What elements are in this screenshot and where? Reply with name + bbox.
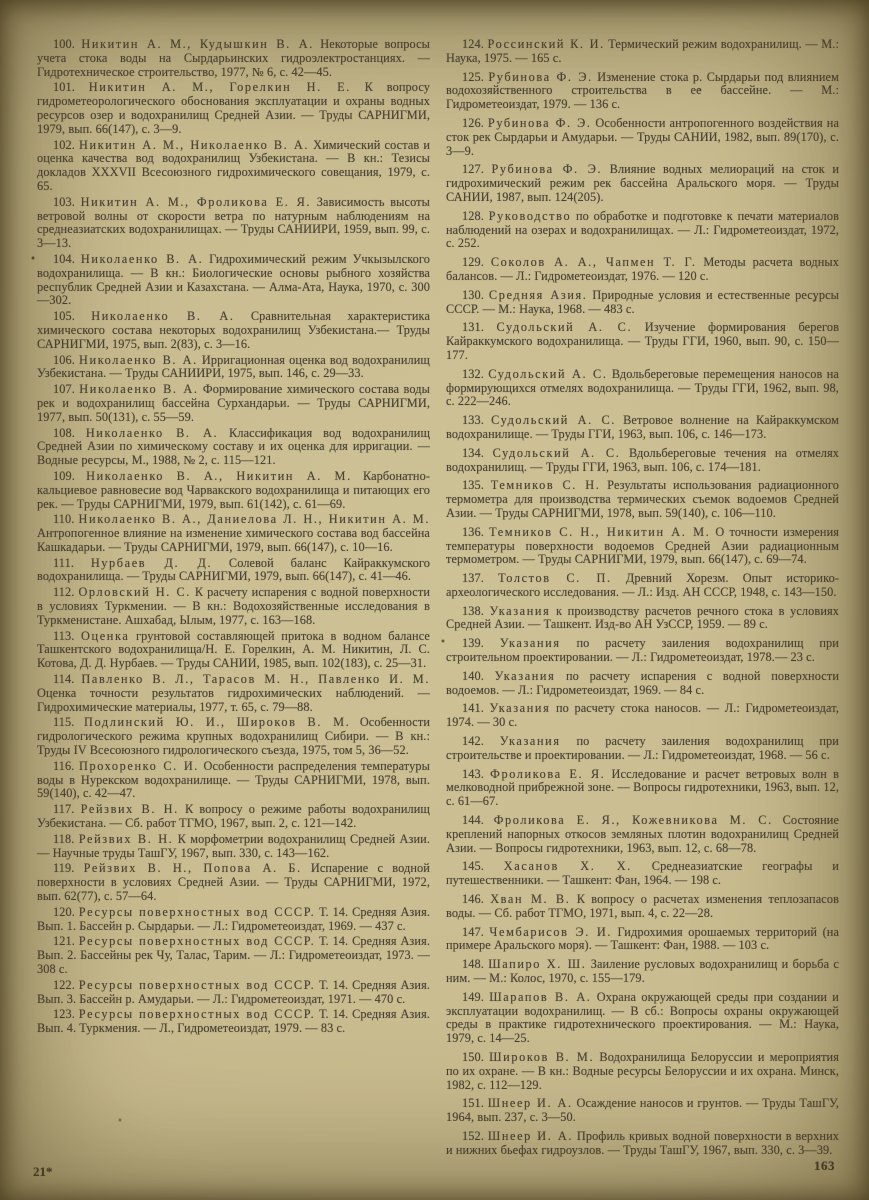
entry-author: Подлинский Ю. И., Широков В. М. [84, 715, 350, 729]
bib-entry: 114. Павленко В. Л., Тарасов М. Н., Павл… [37, 673, 430, 714]
entry-author: Соколов А. А., Чапмен Т. Г. [491, 255, 697, 269]
scanned-page: 100. Никитин А. М., Кудышкин В. А. Некот… [0, 0, 869, 1200]
entry-number: 115. [53, 715, 84, 729]
entry-author: Ресурсы поверхностных вод СССР. [79, 1007, 315, 1021]
bib-entry: 125. Рубинова Ф. Э. Изменение стока р. С… [446, 71, 839, 112]
entry-number: 140. [462, 669, 495, 683]
entry-author: Хасанов Х. Х. [504, 859, 632, 873]
bib-entry: 121. Ресурсы поверхностных вод СССР. Т. … [37, 935, 430, 976]
entry-number: 116. [53, 759, 79, 773]
bib-entry: 108. Николаенко В. А. Классификация вод … [37, 427, 430, 468]
entry-author: Судольский А. С. [488, 367, 607, 381]
entry-number: 117. [53, 802, 81, 816]
bib-entry: 152. Шнеер И. А. Профиль кривых водной п… [446, 1130, 839, 1158]
entry-author: Рейзвих В. Н. [79, 832, 174, 846]
left-column: 100. Никитин А. М., Кудышкин В. А. Некот… [37, 38, 430, 1142]
bib-entry: 135. Темников С. Н. Результаты использов… [446, 479, 839, 520]
entry-number: 152. [462, 1129, 488, 1143]
entry-number: 124. [462, 37, 487, 51]
entry-author: Никитин А. М., Горелкин Н. Е. [89, 80, 351, 94]
entry-author: Средняя Азия. [489, 288, 588, 302]
entry-author: Указания [495, 669, 556, 683]
entry-number: 119. [53, 861, 84, 875]
bib-entry: 103. Никитин А. М., Фроликова Е. Я. Зави… [37, 196, 430, 251]
entry-number: 150. [462, 1050, 489, 1064]
entry-number: 142. [462, 734, 500, 748]
bib-entry: 126. Рубинова Ф. Э. Особенности антропог… [446, 117, 839, 158]
entry-number: 126. [462, 116, 488, 130]
entry-number: 105. [53, 309, 91, 323]
bib-entry: 140. Указания по расчету испарения с вод… [446, 670, 839, 698]
bib-entry: 107. Николаенко В. А. Формирование химич… [37, 383, 430, 424]
entry-number: 101. [53, 80, 89, 94]
entry-author: Николаенко В. А., Никитин А. М. [86, 469, 352, 483]
entry-author: Указания [490, 604, 551, 618]
bib-entry: 133. Судольский А. С. Ветровое волнение … [446, 414, 839, 442]
bib-entry: 145. Хасанов Х. Х. Среднеазиатские геогр… [446, 860, 839, 888]
entry-author: Оценка [81, 629, 129, 643]
entry-author: Шнеер И. А. [488, 1096, 573, 1110]
entry-number: 120. [53, 905, 79, 919]
bib-entry: 146. Хван М. В. К вопросу о расчетах изм… [446, 893, 839, 921]
entry-number: 133. [462, 413, 491, 427]
entry-number: 135. [462, 478, 491, 492]
bib-entry: 128. Руководство по обработке и подготов… [446, 210, 839, 251]
entry-number: 112. [53, 585, 78, 599]
entry-author: Указания [490, 701, 551, 715]
entry-number: 127. [462, 162, 491, 176]
bib-entry: 101. Никитин А. М., Горелкин Н. Е. К воп… [37, 81, 430, 136]
bib-entry: 112. Орловский Н. С. К расчету испарения… [37, 586, 430, 627]
entry-number: 148. [462, 957, 488, 971]
bib-entry: 138. Указания к производству расчетов ре… [446, 605, 839, 633]
entry-number: 103. [53, 195, 81, 209]
entry-number: 136. [462, 525, 489, 539]
entry-number: 121. [53, 934, 79, 948]
entry-number: 146. [462, 892, 490, 906]
entry-number: 110. [53, 512, 79, 526]
entry-number: 151. [462, 1096, 488, 1110]
entry-number: 145. [462, 859, 504, 873]
entry-author: Россинский К. И. [487, 37, 604, 51]
entry-author: Руководство [489, 209, 572, 223]
entry-author: Указания [500, 734, 561, 748]
entry-author: Судольский А. С. [493, 446, 621, 460]
entry-number: 102. [53, 138, 79, 152]
entry-author: Шнеер И. А. [488, 1129, 573, 1143]
entry-author: Рубинова Ф. Э. [488, 116, 592, 130]
bib-entry: 141. Указания по расчету стока наносов. … [446, 702, 839, 730]
entry-author: Темников С. Н. [491, 478, 601, 492]
entry-number: 111. [53, 556, 91, 570]
entry-author: Николаенко В. А. [81, 252, 203, 266]
entry-author: Широков В. М. [489, 1050, 594, 1064]
entry-number: 147. [462, 925, 489, 939]
bib-entry: 131. Судольский А. С. Изучение формирова… [446, 321, 839, 362]
entry-number: 141. [462, 701, 490, 715]
bib-entry: 127. Рубинова Ф. Э. Влияние водных мелио… [446, 163, 839, 204]
entry-number: 149. [462, 990, 489, 1004]
entry-number: 139. [462, 636, 500, 650]
entry-number: 118. [53, 832, 79, 846]
bib-entry: 119. Рейзвих В. Н., Попова А. Б. Испарен… [37, 862, 430, 903]
entry-number: 144. [462, 813, 494, 827]
entry-author: Ресурсы поверхностных вод СССР. [79, 905, 315, 919]
entry-author: Ресурсы поверхностных вод СССР. [79, 934, 315, 948]
entry-author: Хван М. В. [490, 892, 570, 906]
entry-author: Николаенко В. А. [86, 426, 218, 440]
bib-entry: 130. Средняя Азия. Природные условия и е… [446, 289, 839, 317]
entry-author: Чембарисов Э. И. [489, 925, 612, 939]
bib-entry: 111. Нурбаев Д. Д. Солевой баланс Кайрак… [37, 557, 430, 585]
entry-author: Нурбаев Д. Д. [91, 556, 212, 570]
entry-author: Рейзвих В. Н. [81, 802, 179, 816]
entry-author: Николаенко В. А. [79, 382, 198, 396]
entry-author: Судольский А. С. [491, 413, 616, 427]
bib-entry: 113. Оценка грунтовой составляющей прито… [37, 630, 430, 671]
entry-author: Фроликова Е. Я. [490, 767, 605, 781]
bib-entry: 105. Николаенко В. А. Сравнительная хара… [37, 310, 430, 351]
bib-entry: 109. Николаенко В. А., Никитин А. М. Кар… [37, 470, 430, 511]
bib-entry: 129. Соколов А. А., Чапмен Т. Г. Методы … [446, 256, 839, 284]
entry-author: Орловский Н. С. [78, 585, 190, 599]
bib-entry: 144. Фроликова Е. Я., Кожевникова М. С. … [446, 814, 839, 855]
bib-entry: 110. Николаенко В. А., Даниелова Л. Н., … [37, 513, 430, 554]
entry-author: Шапиро Х. Ш. [488, 957, 586, 971]
entry-author: Указания [500, 636, 561, 650]
bib-entry: 150. Широков В. М. Водохранилища Белорус… [446, 1051, 839, 1092]
entry-author: Николаенко В. А., Даниелова Л. Н., Никит… [79, 512, 430, 526]
bib-entry: 151. Шнеер И. А. Осаждение наносов и гру… [446, 1097, 839, 1125]
entry-author: Никитин А. М., Николаенко В. А. [79, 138, 309, 152]
bib-entry: 149. Шарапов В. А. Охрана окружающей сре… [446, 991, 839, 1046]
entry-number: 134. [462, 446, 493, 460]
entry-author: Николаенко В. А. [79, 353, 198, 367]
entry-author: Прохоренко С. И. [79, 759, 199, 773]
bib-entry: 106. Николаенко В. А. Ирригационная оцен… [37, 354, 430, 382]
entry-number: 106. [53, 353, 79, 367]
bib-entry: 143. Фроликова Е. Я. Исследование и расч… [446, 768, 839, 809]
entry-text: Антропогенное влияние на изменение химич… [37, 526, 430, 554]
bib-entry: 102. Никитин А. М., Николаенко В. А. Хим… [37, 139, 430, 194]
entry-number: 107. [53, 382, 79, 396]
bib-entry: 122. Ресурсы поверхностных вод СССР. Т. … [37, 979, 430, 1007]
entry-author: Никитин А. М., Кудышкин В. А. [81, 37, 314, 51]
bib-entry: 100. Никитин А. М., Кудышкин В. А. Некот… [37, 38, 430, 79]
entry-author: Рейзвих В. Н., Попова А. Б. [84, 861, 302, 875]
entry-number: 132. [462, 367, 488, 381]
entry-number: 114. [53, 672, 81, 686]
bib-entry: 120. Ресурсы поверхностных вод СССР. Т. … [37, 906, 430, 934]
entry-author: Ресурсы поверхностных вод СССР. [79, 978, 315, 992]
entry-number: 113. [53, 629, 81, 643]
bib-entry: 117. Рейзвих В. Н. К вопросу о режиме ра… [37, 803, 430, 831]
bib-entry: 148. Шапиро Х. Ш. Заиление русловых водо… [446, 958, 839, 986]
entry-author: Николаенко В. А. [91, 309, 234, 323]
entry-number: 143. [462, 767, 490, 781]
entry-number: 138. [462, 604, 490, 618]
entry-author: Шарапов В. А. [489, 990, 591, 1004]
entry-author: Рубинова Ф. Э. [488, 70, 592, 84]
entry-number: 100. [53, 37, 81, 51]
entry-number: 128. [462, 209, 489, 223]
bib-entry: 124. Россинский К. И. Термический режим … [446, 38, 839, 66]
entry-author: Никитин А. М., Фроликова Е. Я. [81, 195, 311, 209]
bib-entry: 147. Чембарисов Э. И. Гидрохимия орошаем… [446, 926, 839, 954]
entry-number: 122. [53, 978, 79, 992]
signature-mark: 21* [33, 1164, 53, 1180]
bibliography-list: 100. Никитин А. М., Кудышкин В. А. Некот… [37, 38, 839, 1142]
bib-entry: 118. Рейзвих В. Н. К морфометрии водохра… [37, 833, 430, 861]
bib-entry: 137. Толстов С. П. Древний Хорезм. Опыт … [446, 572, 839, 600]
bib-entry: 132. Судольский А. С. Вдольбереговые пер… [446, 368, 839, 409]
entry-author: Темников С. Н., Никитин А. М. [489, 525, 710, 539]
entry-author: Фроликова Е. Я., Кожевникова М. С. [494, 813, 773, 827]
bib-entry: 136. Темников С. Н., Никитин А. М. О точ… [446, 526, 839, 567]
entry-number: 104. [53, 252, 81, 266]
bib-entry: 123. Ресурсы поверхностных вод СССР. Т. … [37, 1008, 430, 1036]
entry-number: 125. [462, 70, 488, 84]
entry-number: 123. [53, 1007, 79, 1021]
right-column: 124. Россинский К. И. Термический режим … [446, 38, 839, 1142]
entry-number: 129. [462, 255, 491, 269]
bib-entry: 104. Николаенко В. А. Гидрохимический ре… [37, 253, 430, 308]
bib-entry: 115. Подлинский Ю. И., Широков В. М. Осо… [37, 716, 430, 757]
entry-text: Оценка точности результатов гидрохимичес… [37, 686, 430, 714]
entry-number: 109. [53, 469, 86, 483]
entry-author: Судольский А. С. [497, 320, 633, 334]
bib-entry: 142. Указания по расчету заиления водохр… [446, 735, 839, 763]
entry-number: 130. [462, 288, 489, 302]
entry-author: Павленко В. Л., Тарасов М. Н., Павленко … [81, 672, 430, 686]
page-number: 163 [814, 1158, 835, 1174]
bib-entry: 139. Указания по расчету заиления водохр… [446, 637, 839, 665]
entry-author: Толстов С. П. [498, 571, 612, 585]
bib-entry: 116. Прохоренко С. И. Особенности распре… [37, 760, 430, 801]
entry-number: 137. [462, 571, 498, 585]
bib-entry: 134. Судольский А. С. Вдольбереговые теч… [446, 447, 839, 475]
entry-number: 108. [53, 426, 86, 440]
entry-author: Рубинова Ф. Э. [491, 162, 602, 176]
entry-number: 131. [462, 320, 497, 334]
